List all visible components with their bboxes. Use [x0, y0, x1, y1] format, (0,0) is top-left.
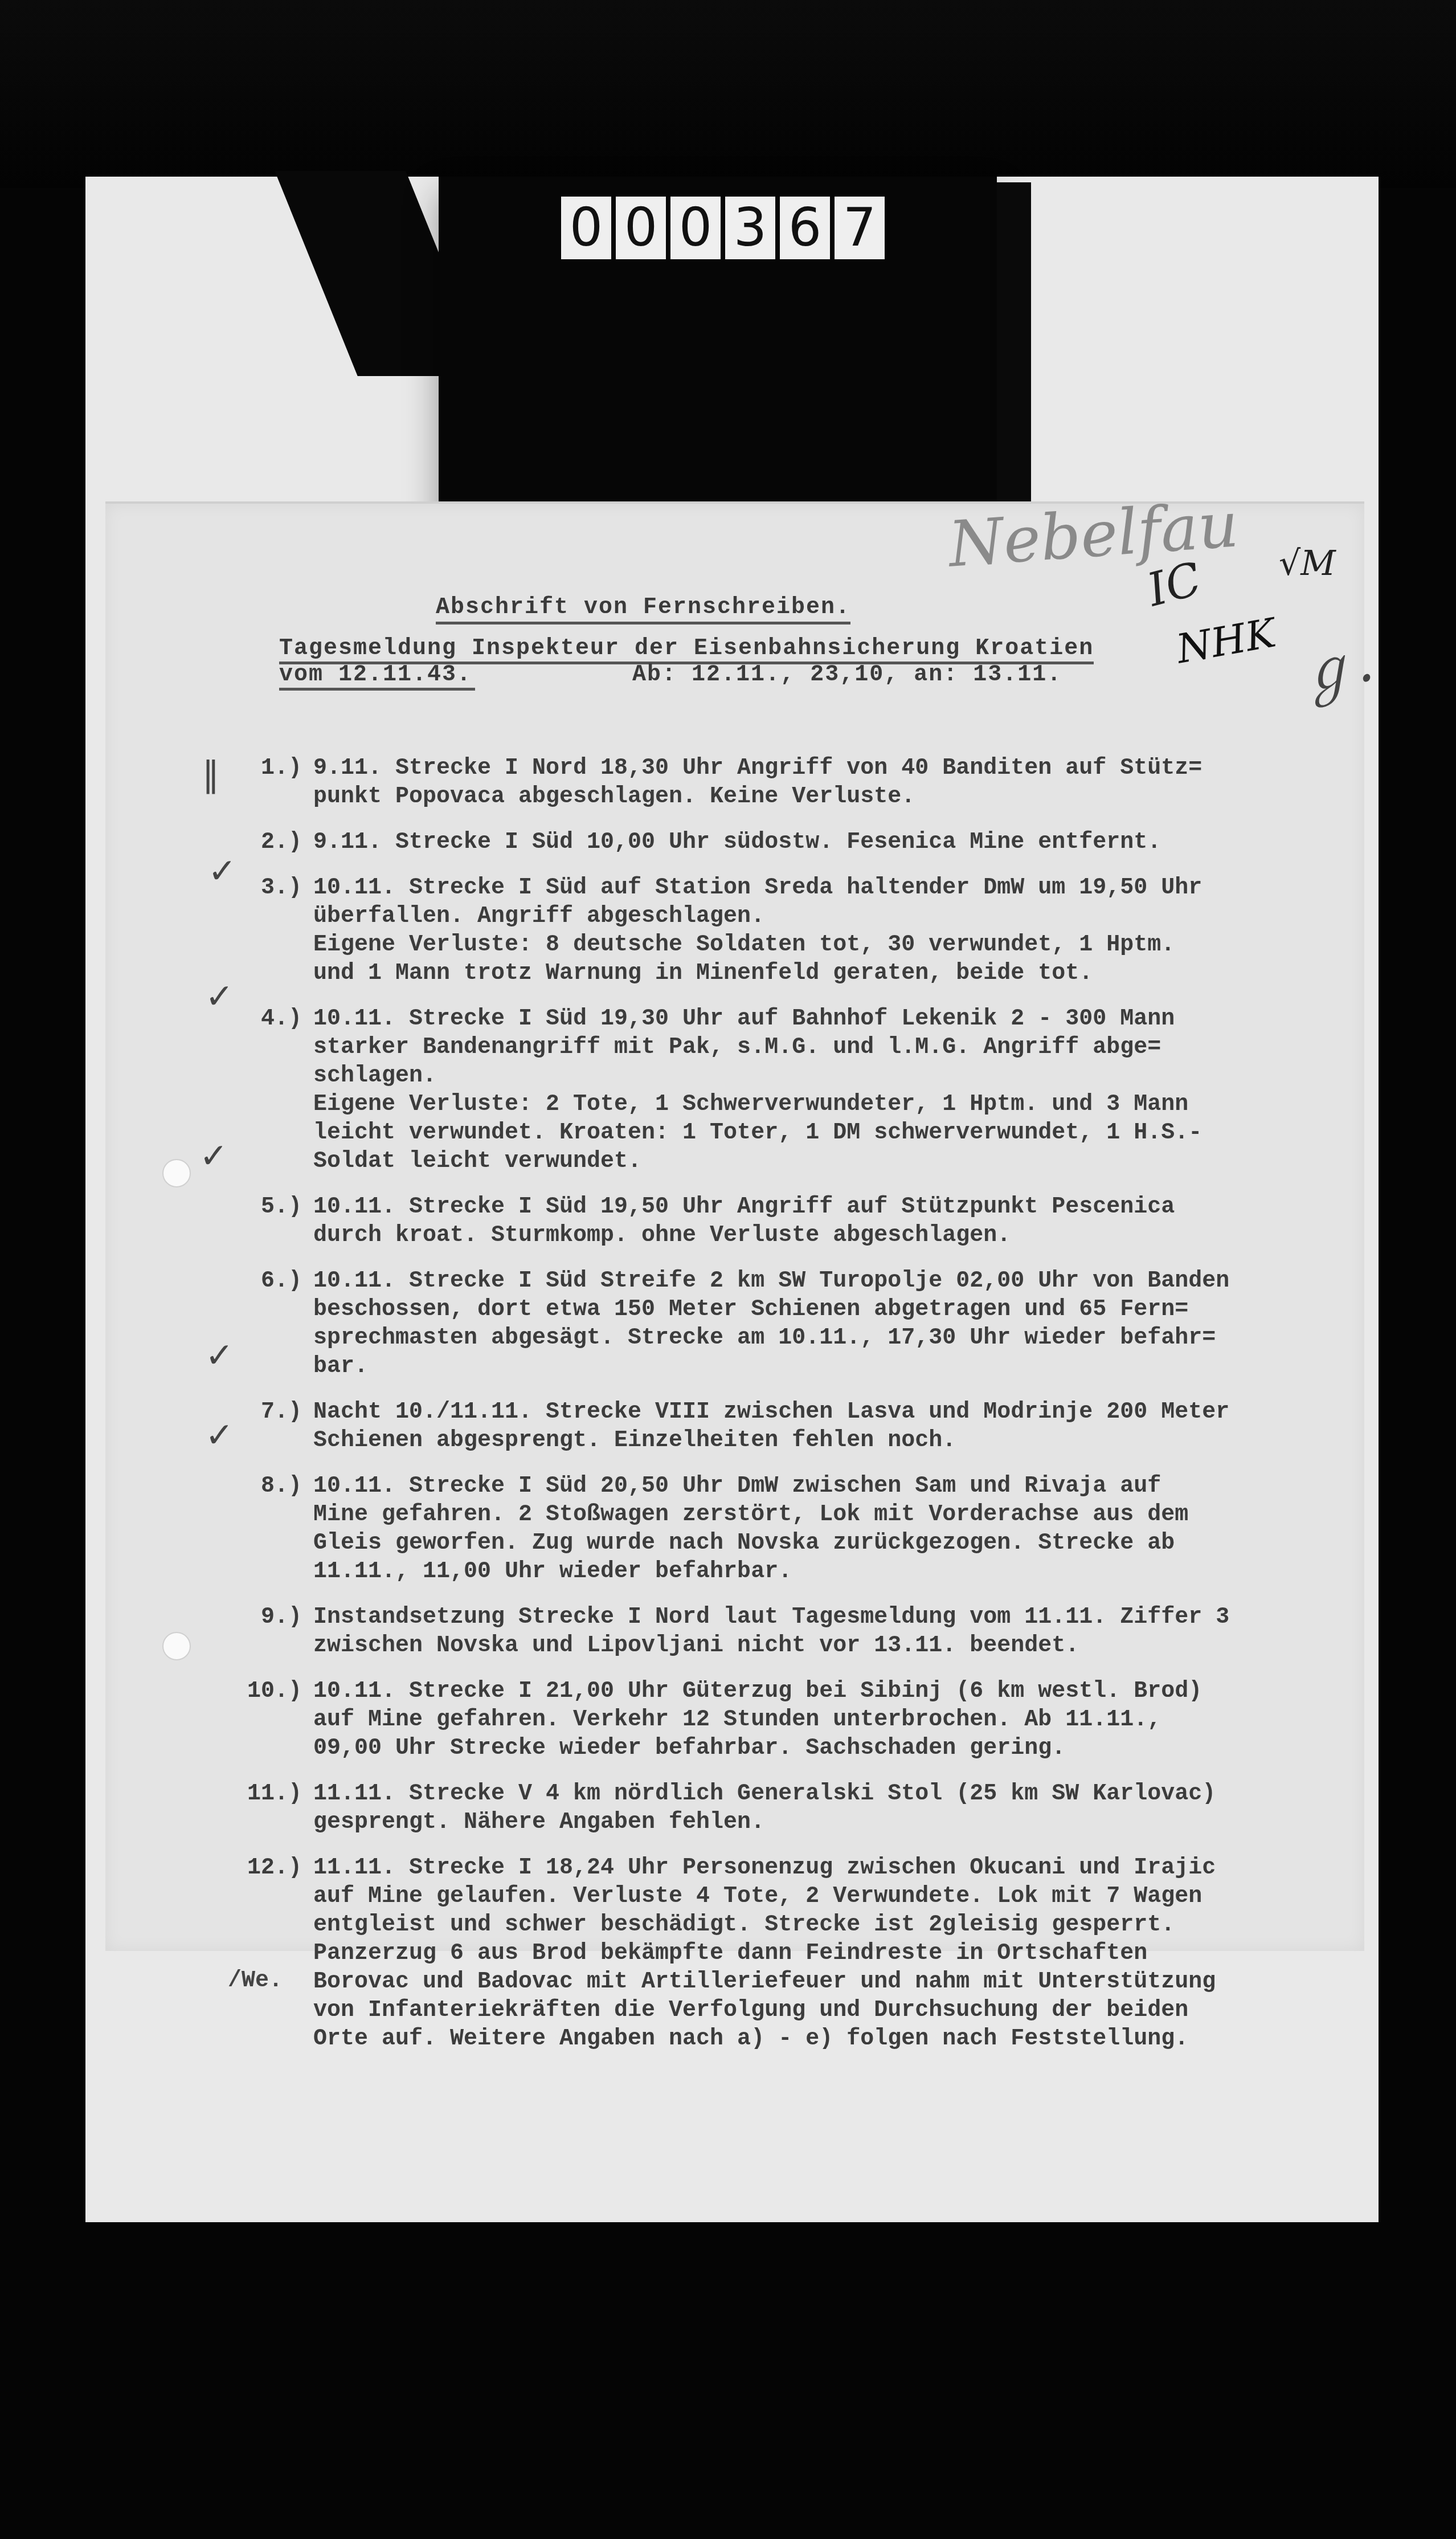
punch-hole [162, 1159, 191, 1187]
report-items: 1.)9.11. Strecke I Nord 18,30 Uhr Angrif… [216, 754, 1327, 2071]
item-text: 9.11. Strecke I Süd 10,00 Uhr südostw. F… [313, 828, 1327, 857]
report-item: 7.)Nacht 10./11.11. Strecke VIII zwische… [216, 1398, 1327, 1455]
report-item: 2.)9.11. Strecke I Süd 10,00 Uhr südostw… [216, 828, 1327, 857]
item-number: 3.) [216, 874, 313, 988]
report-item: 4.)10.11. Strecke I Süd 19,30 Uhr auf Ba… [216, 1005, 1327, 1176]
counter-digit: 0 [616, 197, 666, 259]
handwritten-paraph: √M [1279, 544, 1336, 583]
report-item: 9.)Instandsetzung Strecke I Nord laut Ta… [216, 1603, 1327, 1660]
item-number: 4.) [216, 1005, 313, 1176]
report-item: 6.)10.11. Strecke I Süd Streife 2 km SW … [216, 1267, 1327, 1381]
item-number: 11.) [216, 1780, 313, 1837]
counter-digit: 6 [780, 197, 830, 259]
item-number: 7.) [216, 1398, 313, 1455]
item-number: 2.) [216, 828, 313, 857]
report-item: 1.)9.11. Strecke I Nord 18,30 Uhr Angrif… [216, 754, 1327, 811]
item-text: Instandsetzung Strecke I Nord laut Tages… [313, 1603, 1327, 1660]
item-text: 9.11. Strecke I Nord 18,30 Uhr Angriff v… [313, 754, 1327, 811]
counter-digit: 3 [725, 197, 775, 259]
film-border-top [0, 0, 1456, 188]
document-title: Abschrift von Fernschreiben. [436, 595, 850, 624]
report-item: 8.)10.11. Strecke I Süd 20,50 Uhr DmW zw… [216, 1472, 1327, 1586]
date-vom: vom 12.11.43. [279, 662, 475, 691]
date-line: vom 12.11.43. Ab: 12.11., 23,10, an: 13.… [279, 662, 1062, 688]
item-text: 11.11. Strecke V 4 km nördlich Generalsk… [313, 1780, 1327, 1837]
document-subtitle: Tagesmeldung Inspekteur der Eisenbahnsic… [279, 636, 1094, 664]
handwritten-paraph: NHK [1173, 609, 1279, 672]
item-text: 10.11. Strecke I Süd Streife 2 km SW Tur… [313, 1267, 1327, 1381]
item-text: 10.11. Strecke I Süd auf Station Sreda h… [313, 874, 1327, 988]
item-text: 10.11. Strecke I Süd 19,50 Uhr Angriff a… [313, 1193, 1327, 1250]
item-text: 10.11. Strecke I Süd 19,30 Uhr auf Bahnh… [313, 1005, 1327, 1176]
report-item: 10.)10.11. Strecke I 21,00 Uhr Güterzug … [216, 1677, 1327, 1763]
item-number: 10.) [216, 1677, 313, 1763]
date-ab: Ab: 12.11., 23,10, an: 13.11. [632, 662, 1062, 688]
report-item: 11.)11.11. Strecke V 4 km nördlich Gener… [216, 1780, 1327, 1837]
punch-hole [162, 1632, 191, 1660]
report-item: 5.)10.11. Strecke I Süd 19,50 Uhr Angrif… [216, 1193, 1327, 1250]
report-item: 3.)10.11. Strecke I Süd auf Station Sred… [216, 874, 1327, 988]
report-item: 12.)11.11. Strecke I 18,24 Uhr Personenz… [216, 1854, 1327, 2054]
item-number: 5.) [216, 1193, 313, 1250]
counter-digit: 0 [670, 197, 721, 259]
document-page: Abschrift von Fernschreiben. Tagesmeldun… [105, 501, 1364, 1951]
frame-counter: 0 0 0 3 6 7 [561, 197, 885, 259]
typist-signature: /We. [228, 1968, 283, 1994]
item-text: 11.11. Strecke I 18,24 Uhr Personenzug z… [313, 1854, 1327, 2054]
item-number: 6.) [216, 1267, 313, 1381]
item-text: 10.11. Strecke I Süd 20,50 Uhr DmW zwisc… [313, 1472, 1327, 1586]
item-number: 12.) [216, 1854, 313, 2054]
counter-digit: 7 [835, 197, 885, 259]
item-number: 9.) [216, 1603, 313, 1660]
item-number: 8.) [216, 1472, 313, 1586]
counter-digit: 0 [561, 197, 611, 259]
item-number: 1.) [216, 754, 313, 811]
item-text: Nacht 10./11.11. Strecke VIII zwischen L… [313, 1398, 1327, 1455]
item-text: 10.11. Strecke I 21,00 Uhr Güterzug bei … [313, 1677, 1327, 1763]
